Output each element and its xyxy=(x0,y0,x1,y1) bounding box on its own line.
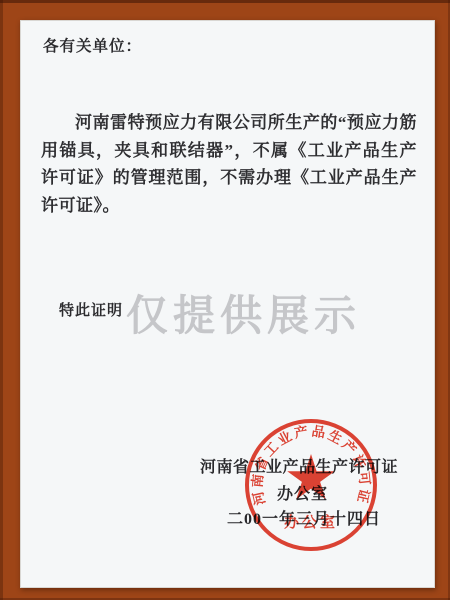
closing-text: 特此证明 xyxy=(59,299,123,320)
official-seal: 河南省工业产品生产许可证 办公室 xyxy=(241,415,381,555)
seal-bottom-text: 办公室 xyxy=(284,513,338,531)
watermark-overlay: 仅提供展示 xyxy=(126,283,361,343)
letter-page: 各有关单位： 河南雷特预应力有限公司所生产的“预应力筋用锚具，夹具和联结器”，不… xyxy=(20,20,435,588)
salutation-text: 各有关单位： xyxy=(43,34,142,56)
document-frame: 各有关单位： 河南雷特预应力有限公司所生产的“预应力筋用锚具，夹具和联结器”，不… xyxy=(0,0,450,600)
body-paragraph: 河南雷特预应力有限公司所生产的“预应力筋用锚具，夹具和联结器”，不属《工业产品生… xyxy=(41,109,417,219)
star-icon xyxy=(287,454,335,499)
